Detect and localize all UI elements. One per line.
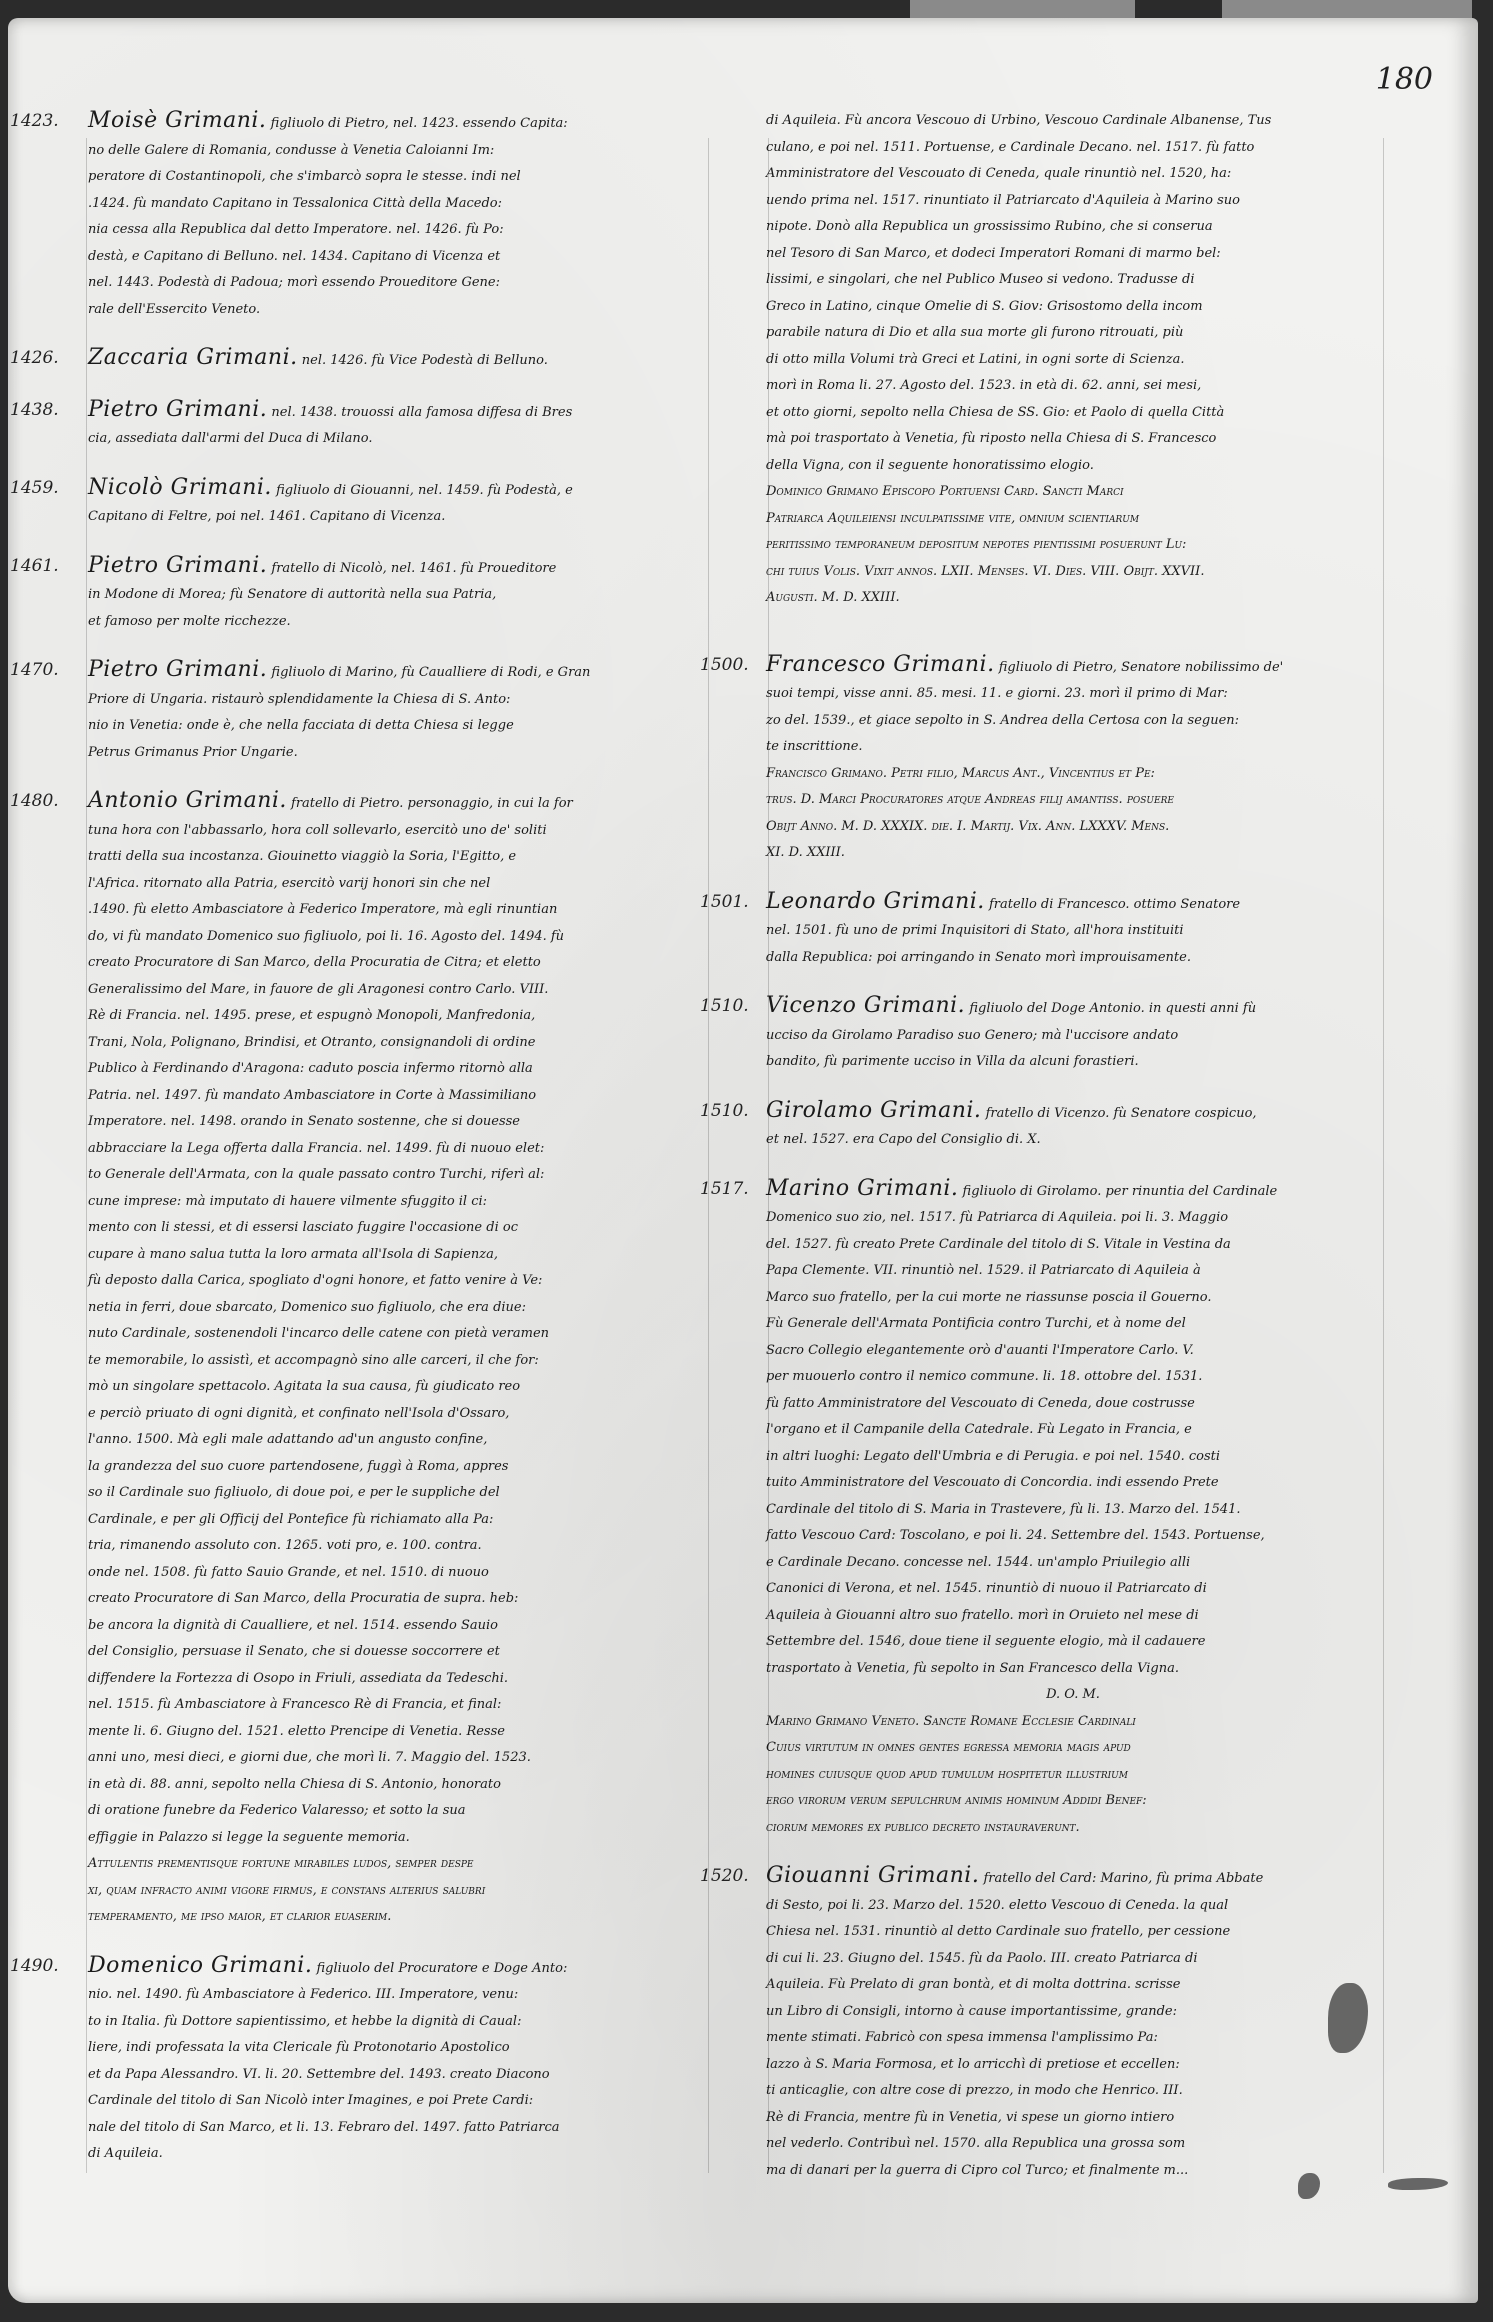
entry-year: 1438. xyxy=(10,397,59,424)
entry-text-line: Capitano di Feltre, poi nel. 1461. Capit… xyxy=(88,504,710,531)
entry-text-line: Sacro Collegio elegantemente orò d'auant… xyxy=(766,1338,1380,1365)
entry-first-line: Leonardo Grimani. fratello di Francesco.… xyxy=(766,889,1380,919)
entry-text: fratello di Nicolò, nel. 1461. fù Proued… xyxy=(271,561,556,576)
entry-text-line: zo del. 1539., et giace sepolto in S. An… xyxy=(766,708,1380,735)
entry-name: Pietro Grimani. xyxy=(88,657,267,682)
entry-text-line: mento con li stessi, et di essersi lasci… xyxy=(88,1215,710,1242)
entry-name: Leonardo Grimani. xyxy=(766,889,985,914)
entry-text: figliuolo di Pietro, nel. 1423. essendo … xyxy=(271,116,568,131)
entry-text-line: ti anticaglie, con altre cose di prezzo,… xyxy=(766,2078,1380,2105)
entry-text-line: Cardinale, e per gli Officij del Pontefi… xyxy=(88,1507,710,1534)
entry-year: 1501. xyxy=(700,889,749,916)
entry-text-line: Aquileia à Giouanni altro suo fratello. … xyxy=(766,1603,1380,1630)
entry-name: Marino Grimani. xyxy=(766,1176,958,1201)
entry-first-line: Nicolò Grimani. figliuolo di Giouanni, n… xyxy=(88,475,710,505)
entry-text-line: la grandezza del suo cuore partendosene,… xyxy=(88,1454,710,1481)
continuation-line: nipote. Donò alla Republica un grossissi… xyxy=(766,214,1380,241)
entry-text-line: liere, indi professata la vita Clericale… xyxy=(88,2035,710,2062)
inscription-heading: D. O. M. xyxy=(766,1682,1380,1709)
entry-year: 1470. xyxy=(10,657,59,684)
register-entry: 1517.Marino Grimani. figliuolo di Girola… xyxy=(700,1176,1380,1842)
inscription-line: Dominico Grimano Episcopo Portuensi Card… xyxy=(766,479,1380,506)
entry-text-line: te inscrittione. xyxy=(766,734,1380,761)
entry-year: 1480. xyxy=(10,788,59,815)
entry-text-line: fù fatto Amministratore del Vescouato di… xyxy=(766,1391,1380,1418)
register-entry: 1423.Moisè Grimani. figliuolo di Pietro,… xyxy=(10,108,710,323)
entry-text-line: so il Cardinale suo figliuolo, di doue p… xyxy=(88,1480,710,1507)
entry-text: figliuolo di Pietro, Senatore nobilissim… xyxy=(999,660,1284,675)
continuation-line: et otto giorni, sepolto nella Chiesa de … xyxy=(766,400,1380,427)
entry-text-line: et famoso per molte ricchezze. xyxy=(88,609,710,636)
continuation-line: uendo prima nel. 1517. rinuntiato il Pat… xyxy=(766,188,1380,215)
entry-first-line: Francesco Grimani. figliuolo di Pietro, … xyxy=(766,652,1380,682)
entry-year: 1490. xyxy=(10,1953,59,1980)
inscription-line: xi, quam infracto animi vigore firmus, e… xyxy=(88,1878,710,1905)
entry-text-line: di oratione funebre da Federico Valaress… xyxy=(88,1798,710,1825)
entry-text-line: tuito Amministratore del Vescouato di Co… xyxy=(766,1470,1380,1497)
entry-text: figliuolo di Giouanni, nel. 1459. fù Pod… xyxy=(276,483,573,498)
entry-text-line: fù deposto dalla Carica, spogliato d'ogn… xyxy=(88,1268,710,1295)
entry-text-line: te memorabile, lo assistì, et accompagnò… xyxy=(88,1348,710,1375)
inscription-line: ciorum memores ex publico decreto instau… xyxy=(766,1815,1380,1842)
register-entry: 1490.Domenico Grimani. figliuolo del Pro… xyxy=(10,1953,710,2168)
register-entry: 1501.Leonardo Grimani. fratello di Franc… xyxy=(700,889,1380,972)
continuation-line: nel Tesoro di San Marco, et dodeci Imper… xyxy=(766,241,1380,268)
entry-text-line: trasportato à Venetia, fù sepolto in San… xyxy=(766,1656,1380,1683)
entry-text-line: nel vederlo. Contribuì nel. 1570. alla R… xyxy=(766,2131,1380,2158)
entry-name: Pietro Grimani. xyxy=(88,397,267,422)
entry-year: 1517. xyxy=(700,1176,749,1203)
entry-text-line: nuto Cardinale, sostenendoli l'incarco d… xyxy=(88,1321,710,1348)
entry-text-line: Domenico suo zio, nel. 1517. fù Patriarc… xyxy=(766,1205,1380,1232)
left-column: 1423.Moisè Grimani. figliuolo di Pietro,… xyxy=(10,108,710,2190)
entry-first-line: Moisè Grimani. figliuolo di Pietro, nel.… xyxy=(88,108,710,138)
inscription-line: Obijt Anno. M. D. XXXIX. die. I. Martij.… xyxy=(766,814,1380,841)
register-entry: 1480.Antonio Grimani. fratello di Pietro… xyxy=(10,788,710,1931)
continuation-line: Amministratore del Vescouato di Ceneda, … xyxy=(766,161,1380,188)
register-entry: 1459.Nicolò Grimani. figliuolo di Giouan… xyxy=(10,475,710,531)
entry-text: figliuolo di Marino, fù Caualliere di Ro… xyxy=(271,665,590,680)
entry-year: 1426. xyxy=(10,345,59,372)
entry-text-line: .1424. fù mandato Capitano in Tessalonic… xyxy=(88,191,710,218)
entry-first-line: Pietro Grimani. fratello di Nicolò, nel.… xyxy=(88,553,710,583)
entry-text-line: abbracciare la Lega offerta dalla Franci… xyxy=(88,1136,710,1163)
entry-text-line: del Consiglio, persuase il Senato, che s… xyxy=(88,1639,710,1666)
entry-text: fratello di Pietro. personaggio, in cui … xyxy=(291,796,573,811)
entry-text-line: creato Procuratore di San Marco, della P… xyxy=(88,950,710,977)
right-column: di Aquileia. Fù ancora Vescouo di Urbino… xyxy=(700,108,1380,2206)
continuation-line: Greco in Latino, cinque Omelie di S. Gio… xyxy=(766,294,1380,321)
entry-text-line: tuna hora con l'abbassarlo, hora coll so… xyxy=(88,818,710,845)
entry-text-line: nio in Venetia: onde è, che nella faccia… xyxy=(88,713,710,740)
entry-name: Nicolò Grimani. xyxy=(88,475,272,500)
entry-text: figliuolo del Doge Antonio. in questi an… xyxy=(969,1001,1256,1016)
entry-text-line: l'anno. 1500. Mà egli male adattando ad'… xyxy=(88,1427,710,1454)
entry-text-line: l'organo et il Campanile della Catedrale… xyxy=(766,1417,1380,1444)
entry-text-line: lazzo à S. Maria Formosa, et lo arricchì… xyxy=(766,2052,1380,2079)
inscription-line: Augusti. M. D. XXIII. xyxy=(766,585,1380,612)
continuation-block: di Aquileia. Fù ancora Vescouo di Urbino… xyxy=(700,108,1380,612)
entry-text: nel. 1426. fù Vice Podestà di Belluno. xyxy=(302,353,548,368)
register-entry: 1510.Girolamo Grimani. fratello di Vicen… xyxy=(700,1098,1380,1154)
entry-first-line: Marino Grimani. figliuolo di Girolamo. p… xyxy=(766,1176,1380,1206)
entry-text-line: Rè di Francia, mentre fù in Venetia, vi … xyxy=(766,2105,1380,2132)
entry-text-line: di cui li. 23. Giugno del. 1545. fù da P… xyxy=(766,1946,1380,1973)
inscription-line: temperamento, me ipso maior, et clarior … xyxy=(88,1904,710,1931)
entry-text-line: e Cardinale Decano. concesse nel. 1544. … xyxy=(766,1550,1380,1577)
entry-text-line: e perciò priuato di ogni dignità, et con… xyxy=(88,1401,710,1428)
continuation-line: lissimi, e singolari, che nel Publico Mu… xyxy=(766,267,1380,294)
entry-text-line: onde nel. 1508. fù fatto Sauio Grande, e… xyxy=(88,1560,710,1587)
entry-name: Francesco Grimani. xyxy=(766,652,995,677)
inscription-line: Francisco Grimano. Petri filio, Marcus A… xyxy=(766,761,1380,788)
register-entry: 1426.Zaccaria Grimani. nel. 1426. fù Vic… xyxy=(10,345,710,375)
entry-text-line: ma di danari per la guerra di Cipro col … xyxy=(766,2158,1380,2185)
continuation-line: di Aquileia. Fù ancora Vescouo di Urbino… xyxy=(766,108,1380,135)
entry-text-line: nel. 1443. Podestà di Padoua; morì essen… xyxy=(88,270,710,297)
entry-text-line: nel. 1515. fù Ambasciatore à Francesco R… xyxy=(88,1692,710,1719)
entry-text-line: in Modone di Morea; fù Senatore di autto… xyxy=(88,582,710,609)
entry-text-line: un Libro di Consigli, intorno à cause im… xyxy=(766,1999,1380,2026)
inscription-line: trus. D. Marci Procuratores atque Andrea… xyxy=(766,787,1380,814)
entry-text-line: Petrus Grimanus Prior Ungarie. xyxy=(88,740,710,767)
entry-name: Moisè Grimani. xyxy=(88,108,266,133)
entry-text-line: et da Papa Alessandro. VI. li. 20. Sette… xyxy=(88,2062,710,2089)
continuation-line: culano, e poi nel. 1511. Portuense, e Ca… xyxy=(766,135,1380,162)
entry-first-line: Pietro Grimani. nel. 1438. trouossi alla… xyxy=(88,397,710,427)
entry-text-line: nale del titolo di San Marco, et li. 13.… xyxy=(88,2115,710,2142)
entry-text-line: dalla Republica: poi arringando in Senat… xyxy=(766,945,1380,972)
entry-text: fratello di Vicenzo. fù Senatore cospicu… xyxy=(986,1106,1257,1121)
entry-text-line: netia in ferri, doue sbarcato, Domenico … xyxy=(88,1295,710,1322)
entry-text-line: di Aquileia. xyxy=(88,2141,710,2168)
entry-text-line: Canonici di Verona, et nel. 1545. rinunt… xyxy=(766,1576,1380,1603)
entry-text-line: Patria. nel. 1497. fù mandato Ambasciato… xyxy=(88,1083,710,1110)
entry-name: Vicenzo Grimani. xyxy=(766,993,965,1018)
entry-year: 1459. xyxy=(10,475,59,502)
entry-text-line: .1490. fù eletto Ambasciatore à Federico… xyxy=(88,897,710,924)
entry-text-line: Cardinale del titolo di S. Maria in Tras… xyxy=(766,1497,1380,1524)
entry-text-line: et nel. 1527. era Capo del Consiglio di.… xyxy=(766,1127,1380,1154)
continuation-line: mà poi trasportato à Venetia, fù riposto… xyxy=(766,426,1380,453)
entry-name: Giouanni Grimani. xyxy=(766,1863,979,1888)
entry-text-line: do, vi fù mandato Domenico suo figliuolo… xyxy=(88,924,710,951)
entry-text-line: anni uno, mesi dieci, e giorni due, che … xyxy=(88,1745,710,1772)
entry-text: figliuolo del Procuratore e Doge Anto: xyxy=(316,1961,567,1976)
register-entry: 1470.Pietro Grimani. figliuolo di Marino… xyxy=(10,657,710,766)
entry-text-line: peratore di Costantinopoli, che s'imbarc… xyxy=(88,164,710,191)
entry-text-line: nio. nel. 1490. fù Ambasciatore à Federi… xyxy=(88,1982,710,2009)
inscription-line: chi tuius Volis. Vixit annos. LXII. Mens… xyxy=(766,559,1380,586)
entry-year: 1510. xyxy=(700,993,749,1020)
entry-text-line: Publico à Ferdinando d'Aragona: caduto p… xyxy=(88,1056,710,1083)
inscription-line: ergo virorum verum sepulchrum animis hom… xyxy=(766,1788,1380,1815)
entry-first-line: Girolamo Grimani. fratello di Vicenzo. f… xyxy=(766,1098,1380,1128)
entry-text-line: di Sesto, poi li. 23. Marzo del. 1520. e… xyxy=(766,1893,1380,1920)
entry-text-line: to Generale dell'Armata, con la quale pa… xyxy=(88,1162,710,1189)
entry-name: Pietro Grimani. xyxy=(88,553,267,578)
entry-text-line: be ancora la dignità di Caualliere, et n… xyxy=(88,1613,710,1640)
entry-first-line: Pietro Grimani. figliuolo di Marino, fù … xyxy=(88,657,710,687)
entry-name: Girolamo Grimani. xyxy=(766,1098,981,1123)
entry-text-line: cia, assediata dall'armi del Duca di Mil… xyxy=(88,426,710,453)
entry-text-line: ucciso da Girolamo Paradiso suo Genero; … xyxy=(766,1023,1380,1050)
entry-text-line: effiggie in Palazzo si legge la seguente… xyxy=(88,1825,710,1852)
folio-number: 180 xyxy=(1376,62,1433,97)
entry-text-line: Marco suo fratello, per la cui morte ne … xyxy=(766,1285,1380,1312)
entry-text-line: diffendere la Fortezza di Osopo in Friul… xyxy=(88,1666,710,1693)
entry-text-line: Fù Generale dell'Armata Pontificia contr… xyxy=(766,1311,1380,1338)
inscription-line: peritissimo temporaneum depositum nepote… xyxy=(766,532,1380,559)
inscription-line: Marino Grimano Veneto. Sancte Romane Ecc… xyxy=(766,1709,1380,1736)
entry-year: 1520. xyxy=(700,1863,749,1890)
entry-text-line: in altri luoghi: Legato dell'Umbria e di… xyxy=(766,1444,1380,1471)
entry-text-line: mente stimati. Fabricò con spesa immensa… xyxy=(766,2025,1380,2052)
entry-text: nel. 1438. trouossi alla famosa diffesa … xyxy=(271,405,572,420)
entry-year: 1423. xyxy=(10,108,59,135)
margin-rule xyxy=(1383,138,1384,2173)
inscription-line: Cuius virtutum in omnes gentes egressa m… xyxy=(766,1735,1380,1762)
register-entry: 1510.Vicenzo Grimani. figliuolo del Doge… xyxy=(700,993,1380,1076)
continuation-line: morì in Roma li. 27. Agosto del. 1523. i… xyxy=(766,373,1380,400)
entry-year: 1461. xyxy=(10,553,59,580)
entry-text-line: tratti della sua incostanza. Giouinetto … xyxy=(88,844,710,871)
entry-text-line: Imperatore. nel. 1498. orando in Senato … xyxy=(88,1109,710,1136)
entry-first-line: Vicenzo Grimani. figliuolo del Doge Anto… xyxy=(766,993,1380,1023)
entry-first-line: Zaccaria Grimani. nel. 1426. fù Vice Pod… xyxy=(88,345,710,375)
inscription-line: XI. D. XXIII. xyxy=(766,840,1380,867)
entry-first-line: Domenico Grimani. figliuolo del Procurat… xyxy=(88,1953,710,1983)
entry-text-line: to in Italia. fù Dottore sapientissimo, … xyxy=(88,2009,710,2036)
entry-name: Domenico Grimani. xyxy=(88,1953,312,1978)
entry-first-line: Antonio Grimani. fratello di Pietro. per… xyxy=(88,788,710,818)
continuation-line: di otto milla Volumi trà Greci et Latini… xyxy=(766,347,1380,374)
entry-text-line: tria, rimanendo assoluto con. 1265. voti… xyxy=(88,1533,710,1560)
continuation-line: parabile natura di Dio et alla sua morte… xyxy=(766,320,1380,347)
entry-text-line: Rè di Francia. nel. 1495. prese, et espu… xyxy=(88,1003,710,1030)
entry-year: 1500. xyxy=(700,652,749,679)
entry-text-line: creato Procuratore di San Marco, della P… xyxy=(88,1586,710,1613)
entry-text-line: Trani, Nola, Polignano, Brindisi, et Otr… xyxy=(88,1030,710,1057)
entry-name: Antonio Grimani. xyxy=(88,788,287,813)
entry-text-line: del. 1527. fù creato Prete Cardinale del… xyxy=(766,1232,1380,1259)
entry-text-line: Aquileia. Fù Prelato di gran bontà, et d… xyxy=(766,1972,1380,1999)
entry-text-line: cupare à mano salua tutta la loro armata… xyxy=(88,1242,710,1269)
entry-text-line: Chiesa nel. 1531. rinuntiò al detto Card… xyxy=(766,1919,1380,1946)
entry-text: fratello di Francesco. ottimo Senatore xyxy=(989,897,1240,912)
entry-text-line: rale dell'Essercito Veneto. xyxy=(88,297,710,324)
entry-text-line: Priore di Ungaria. ristaurò splendidamen… xyxy=(88,687,710,714)
entry-text: fratello del Card: Marino, fù prima Abba… xyxy=(983,1871,1263,1886)
entry-text-line: per muouerlo contro il nemico commune. l… xyxy=(766,1364,1380,1391)
entry-text-line: mò un singolare spettacolo. Agitata la s… xyxy=(88,1374,710,1401)
entry-year: 1510. xyxy=(700,1098,749,1125)
entry-text-line: Settembre del. 1546, doue tiene il segue… xyxy=(766,1629,1380,1656)
entry-text-line: in età di. 88. anni, sepolto nella Chies… xyxy=(88,1772,710,1799)
entry-text-line: Generalissimo del Mare, in fauore de gli… xyxy=(88,977,710,1004)
entry-text-line: fatto Vescouo Card: Toscolano, e poi li.… xyxy=(766,1523,1380,1550)
register-entry: 1461.Pietro Grimani. fratello di Nicolò,… xyxy=(10,553,710,636)
entry-text-line: suoi tempi, visse anni. 85. mesi. 11. e … xyxy=(766,681,1380,708)
entry-text-line: Papa Clemente. VII. rinuntiò nel. 1529. … xyxy=(766,1258,1380,1285)
entry-text-line: nia cessa alla Republica dal detto Imper… xyxy=(88,217,710,244)
entry-name: Zaccaria Grimani. xyxy=(88,345,298,370)
entry-text-line: mente li. 6. Giugno del. 1521. eletto Pr… xyxy=(88,1719,710,1746)
ink-blot xyxy=(1388,2178,1448,2190)
inscription-line: Patriarca Aquileiensi inculpatissime vit… xyxy=(766,506,1380,533)
entry-text-line: no delle Galere di Romania, condusse à V… xyxy=(88,138,710,165)
entry-text-line: destà, e Capitano di Belluno. nel. 1434.… xyxy=(88,244,710,271)
inscription-line: homines cuiusque quod apud tumulum hospi… xyxy=(766,1762,1380,1789)
entry-text: figliuolo di Girolamo. per rinuntia del … xyxy=(963,1184,1278,1199)
entry-text-line: bandito, fù parimente ucciso in Villa da… xyxy=(766,1049,1380,1076)
register-entry: 1520.Giouanni Grimani. fratello del Card… xyxy=(700,1863,1380,2184)
entry-text-line: cune imprese: mà imputato di hauere vilm… xyxy=(88,1189,710,1216)
register-entry: 1500.Francesco Grimani. figliuolo di Pie… xyxy=(700,652,1380,867)
inscription-line: Attulentis prementisque fortune mirabile… xyxy=(88,1851,710,1878)
entry-text-line: nel. 1501. fù uno de primi Inquisitori d… xyxy=(766,918,1380,945)
entry-text-line: l'Africa. ritornato alla Patria, esercit… xyxy=(88,871,710,898)
entry-text-line: Cardinale del titolo di San Nicolò inter… xyxy=(88,2088,710,2115)
register-entry: 1438.Pietro Grimani. nel. 1438. trouossi… xyxy=(10,397,710,453)
entry-first-line: Giouanni Grimani. fratello del Card: Mar… xyxy=(766,1863,1380,1893)
continuation-line: della Vigna, con il seguente honoratissi… xyxy=(766,453,1380,480)
